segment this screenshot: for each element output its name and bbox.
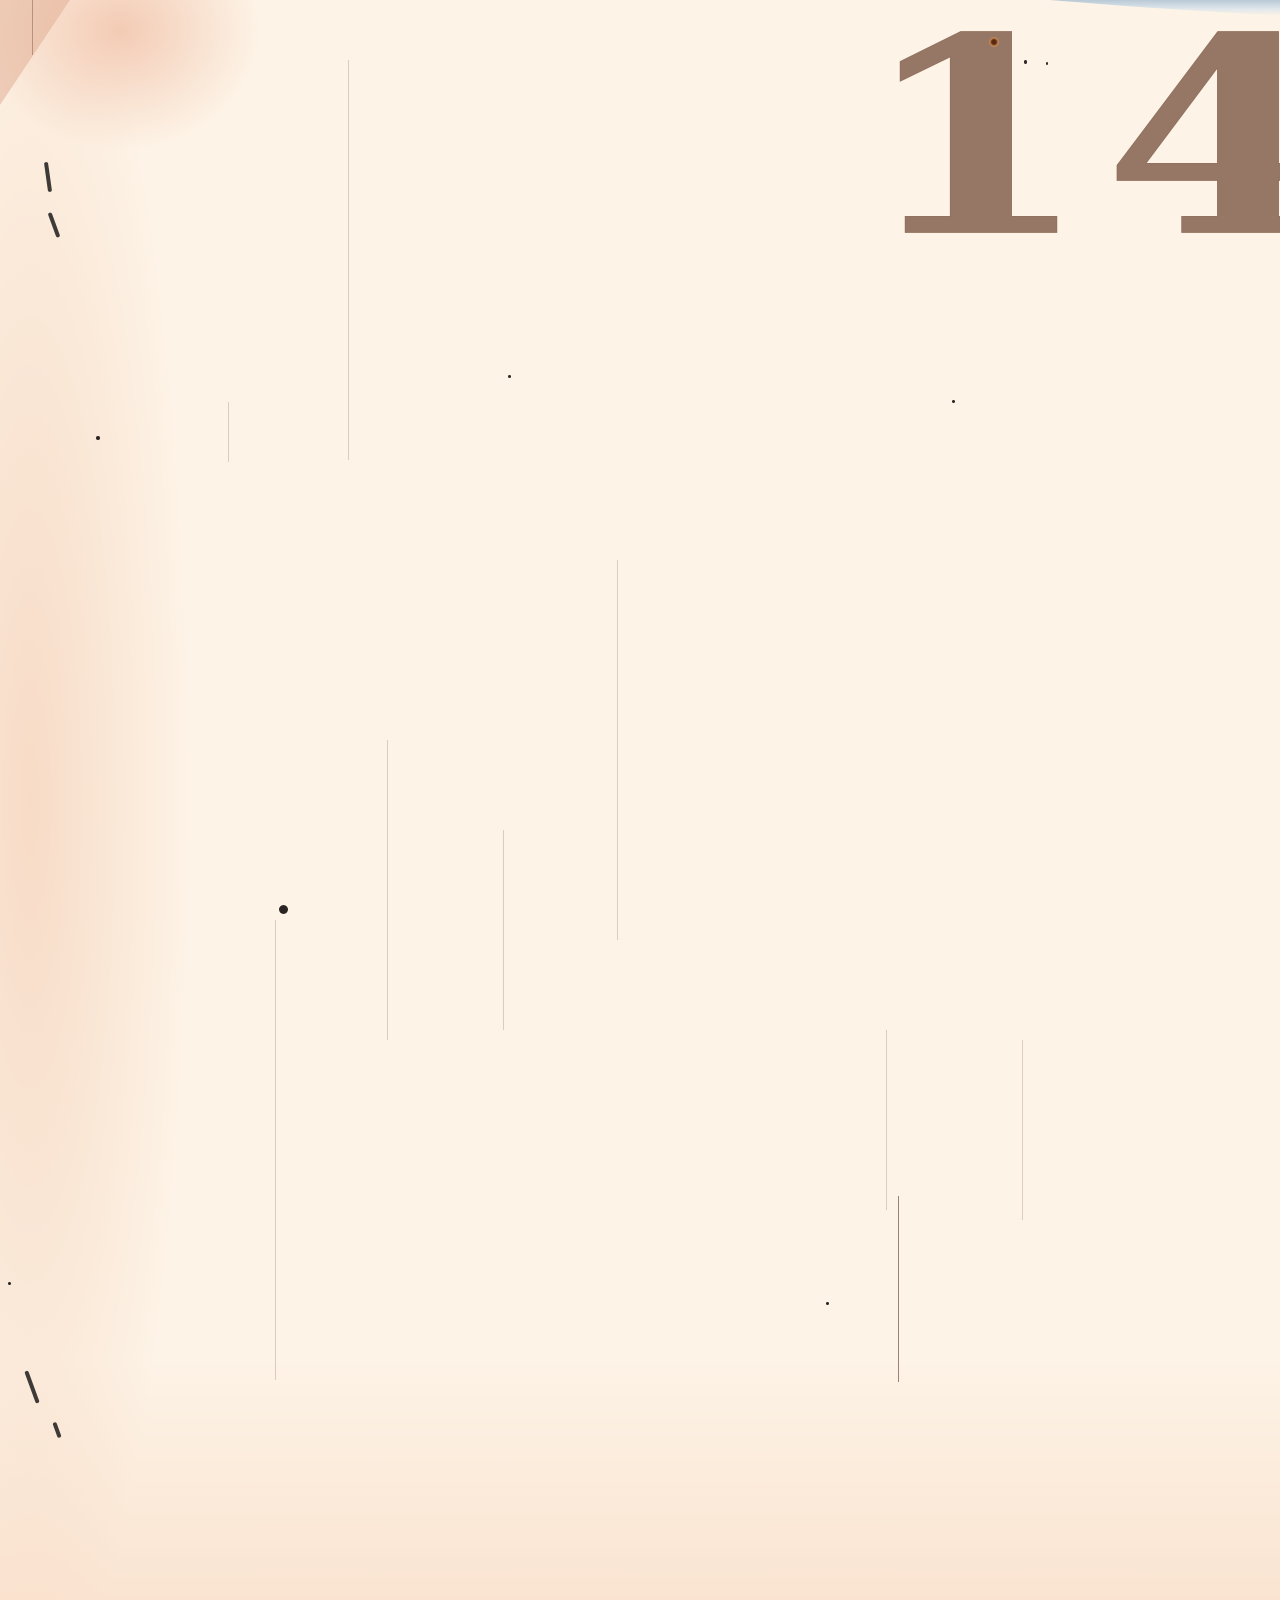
rust-spot <box>989 37 999 47</box>
paper-fiber-line <box>387 740 388 1040</box>
ink-speck <box>508 375 511 378</box>
paper-fiber-line <box>228 402 229 462</box>
staple-icon <box>48 212 61 238</box>
ink-speck <box>826 1302 829 1305</box>
paper-fiber-line <box>275 920 276 1380</box>
paper-fiber-line <box>1022 1040 1023 1220</box>
ink-speck <box>952 400 955 403</box>
scratch-line <box>898 1196 899 1382</box>
staple-icon <box>44 162 52 192</box>
paper-fiber-line <box>348 60 349 460</box>
ink-speck <box>8 1282 11 1285</box>
staple-icon <box>52 1422 61 1438</box>
ink-speck <box>1024 60 1027 64</box>
paper-fiber-line <box>886 1030 887 1210</box>
ink-speck <box>1046 62 1048 65</box>
folded-corner <box>0 0 70 105</box>
page-number-stamp: 14 <box>860 2 1280 273</box>
ink-speck <box>96 436 100 440</box>
ink-dot <box>279 905 288 914</box>
document-page: 14 <box>0 0 1280 1600</box>
paper-fiber-line <box>617 560 618 940</box>
paper-fiber-line <box>503 830 504 1030</box>
fold-crease <box>32 0 33 55</box>
staple-icon <box>24 1370 39 1403</box>
